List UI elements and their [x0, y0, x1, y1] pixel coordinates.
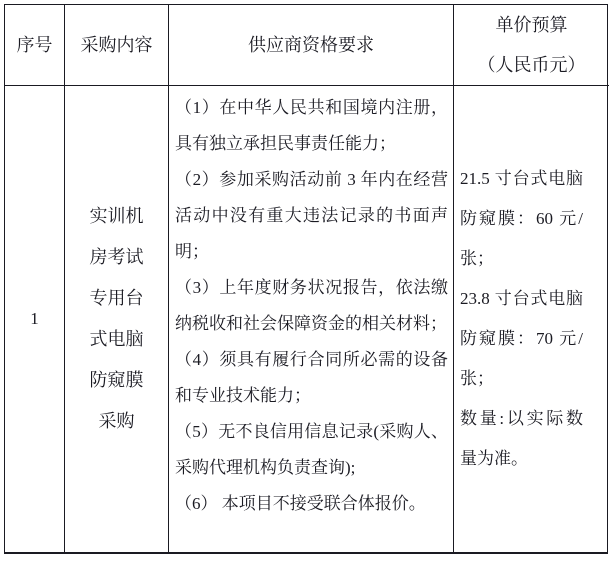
header-serial: 序号: [5, 5, 65, 86]
row-unit-price-budget: 21.5 寸台式电脑防窥膜：60 元/张； 23.8 寸台式电脑防窥膜：70 元…: [454, 86, 609, 552]
budget-item-quantity: 数量:以实际数量为准。: [460, 399, 583, 479]
header-qualification: 供应商资格要求: [169, 5, 454, 86]
header-budget-currency: （人民币元）: [478, 45, 586, 85]
budget-item-21-5-inch: 21.5 寸台式电脑防窥膜：60 元/张；: [460, 159, 583, 279]
requirement-item-3: （3）上年度财务状况报告，依法缴纳税收和社会保障资金的相关材料；: [175, 270, 448, 342]
requirement-item-4: （4）须具有履行合同所必需的设备和专业技术能力；: [175, 342, 448, 414]
header-budget-title: 单价预算: [496, 5, 568, 45]
procurement-table: 序号 采购内容 供应商资格要求 单价预算 （人民币元） 1 实训机房考试专用台式…: [4, 4, 608, 554]
requirement-item-5: （5）无不良信用信息记录(采购人、采购代理机构负责查询);: [175, 414, 448, 486]
requirement-item-6: （6） 本项目不接受联合体报价。: [175, 486, 448, 522]
header-budget: 单价预算 （人民币元）: [454, 5, 609, 86]
row-supplier-requirements: （1）在中华人民共和国境内注册，具有独立承担民事责任能力； （2）参加采购活动前…: [169, 86, 454, 552]
requirement-item-2: （2）参加采购活动前 3 年内在经营活动中没有重大违法记录的书面声明；: [175, 162, 448, 270]
header-content: 采购内容: [65, 5, 169, 86]
row-procurement-content: 实训机房考试专用台式电脑防窥膜采购: [65, 86, 169, 552]
requirement-item-1: （1）在中华人民共和国境内注册，具有独立承担民事责任能力；: [175, 90, 448, 162]
budget-item-23-8-inch: 23.8 寸台式电脑防窥膜：70 元/张；: [460, 279, 583, 399]
procurement-content-text: 实训机房考试专用台式电脑防窥膜采购: [88, 196, 146, 442]
row-serial-number: 1: [5, 86, 65, 552]
